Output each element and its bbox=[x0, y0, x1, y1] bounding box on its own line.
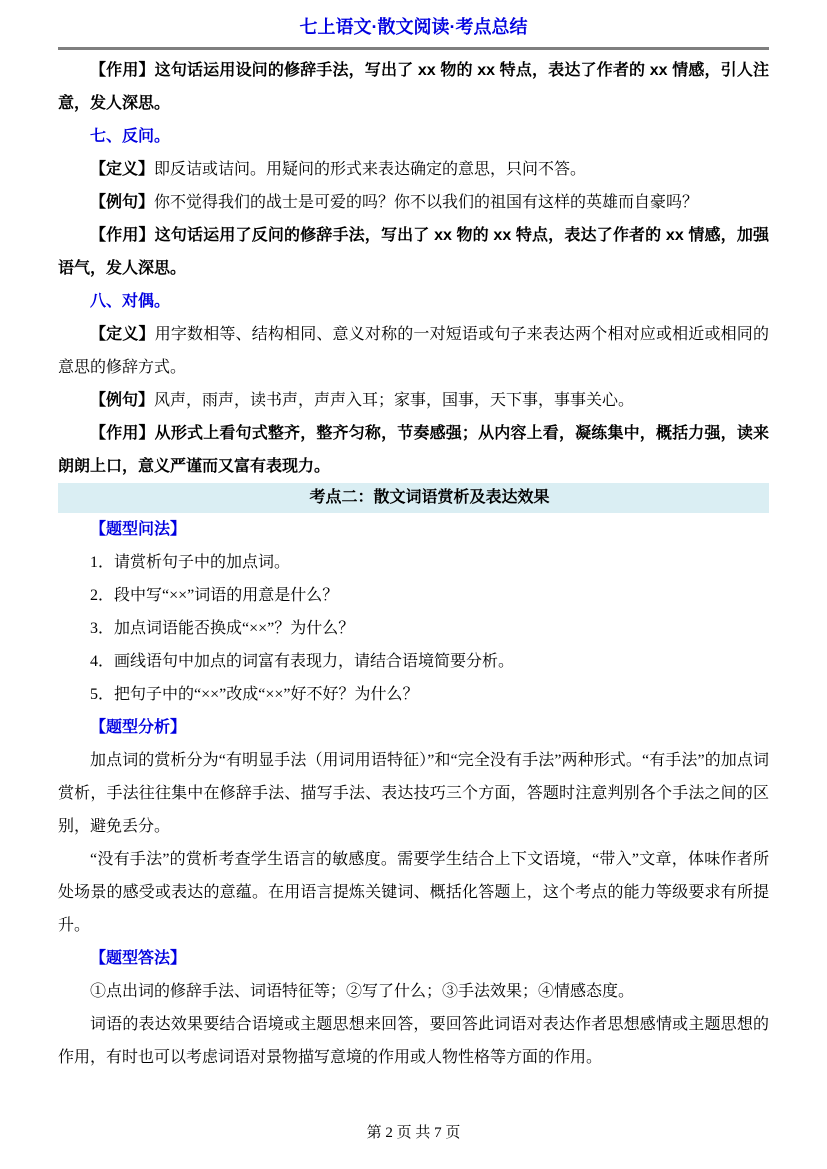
question-item-4: 4．画线语句中加点的词富有表现力，请结合语境简要分析。 bbox=[58, 645, 769, 678]
definition-tag: 【定义】 bbox=[90, 326, 155, 343]
question-item-2: 2．段中写“××”词语的用意是什么？ bbox=[58, 579, 769, 612]
document-body: 【作用】这句话运用设问的修辞手法，写出了 xx 物的 xx 特点，表达了作者的 … bbox=[58, 54, 769, 1074]
example-text: 你不觉得我们的战士是可爱的吗？你不以我们的祖国有这样的英雄而自豪吗？ bbox=[154, 194, 698, 211]
definition-tag: 【定义】 bbox=[90, 161, 154, 178]
example-text: 风声，雨声，读书声，声声入耳；家事，国事，天下事，事事关心。 bbox=[154, 392, 634, 409]
definition-paragraph-fanwen: 【定义】即反诘或诘问。用疑问的形式来表达确定的意思，只问不答。 bbox=[58, 153, 769, 186]
example-paragraph-fanwen: 【例句】你不觉得我们的战士是可爱的吗？你不以我们的祖国有这样的英雄而自豪吗？ bbox=[58, 186, 769, 219]
example-tag: 【例句】 bbox=[90, 392, 154, 409]
answer-method-paragraph-2: 词语的表达效果要结合语境或主题思想来回答，要回答此词语对表达作者思想感情或主题思… bbox=[58, 1008, 769, 1074]
definition-text: 即反诘或诘问。用疑问的形式来表达确定的意思，只问不答。 bbox=[154, 161, 586, 178]
label-answer-method: 【题型答法】 bbox=[58, 942, 769, 975]
definition-paragraph-duiou: 【定义】用字数相等、结构相同、意义对称的一对短语或句子来表达两个相对应或相近或相… bbox=[58, 318, 769, 384]
answer-method-paragraph-1: ①点出词的修辞手法、词语特征等；②写了什么；③手法效果；④情感态度。 bbox=[58, 975, 769, 1008]
usage-paragraph-duiou: 【作用】从形式上看句式整齐，整齐匀称，节奏感强；从内容上看，凝练集中，概括力强，… bbox=[58, 417, 769, 483]
question-item-1: 1．请赏析句子中的加点词。 bbox=[58, 546, 769, 579]
analysis-paragraph-2: “没有手法”的赏析考查学生语言的敏感度。需要学生结合上下文语境，“带入”文章，体… bbox=[58, 843, 769, 942]
document-page: 七上语文·散文阅读·考点总结 【作用】这句话运用设问的修辞手法，写出了 xx 物… bbox=[0, 0, 827, 1169]
section-heading-duiou: 八、对偶。 bbox=[58, 285, 769, 318]
question-item-3: 3．加点词语能否换成“××”？为什么？ bbox=[58, 612, 769, 645]
header-divider bbox=[58, 47, 769, 50]
example-paragraph-duiou: 【例句】风声，雨声，读书声，声声入耳；家事，国事，天下事，事事关心。 bbox=[58, 384, 769, 417]
label-question-analysis: 【题型分析】 bbox=[58, 711, 769, 744]
usage-paragraph-fanwen: 【作用】这句话运用了反问的修辞手法，写出了 xx 物的 xx 特点，表达了作者的… bbox=[58, 219, 769, 285]
topic2-banner: 考点二：散文词语赏析及表达效果 bbox=[58, 483, 769, 513]
example-tag: 【例句】 bbox=[90, 194, 154, 211]
document-header-title: 七上语文·散文阅读·考点总结 bbox=[58, 14, 769, 40]
page-number-footer: 第 2 页 共 7 页 bbox=[58, 1123, 769, 1143]
definition-text: 用字数相等、结构相同、意义对称的一对短语或句子来表达两个相对应或相近或相同的意思… bbox=[58, 326, 769, 376]
section-heading-fanwen: 七、反问。 bbox=[58, 120, 769, 153]
usage-paragraph-shewen: 【作用】这句话运用设问的修辞手法，写出了 xx 物的 xx 特点，表达了作者的 … bbox=[58, 54, 769, 120]
analysis-paragraph-1: 加点词的赏析分为“有明显手法（用词用语特征）”和“完全没有手法”两种形式。“有手… bbox=[58, 744, 769, 843]
label-question-types: 【题型问法】 bbox=[58, 513, 769, 546]
question-item-5: 5．把句子中的“××”改成“××”好不好？为什么？ bbox=[58, 678, 769, 711]
